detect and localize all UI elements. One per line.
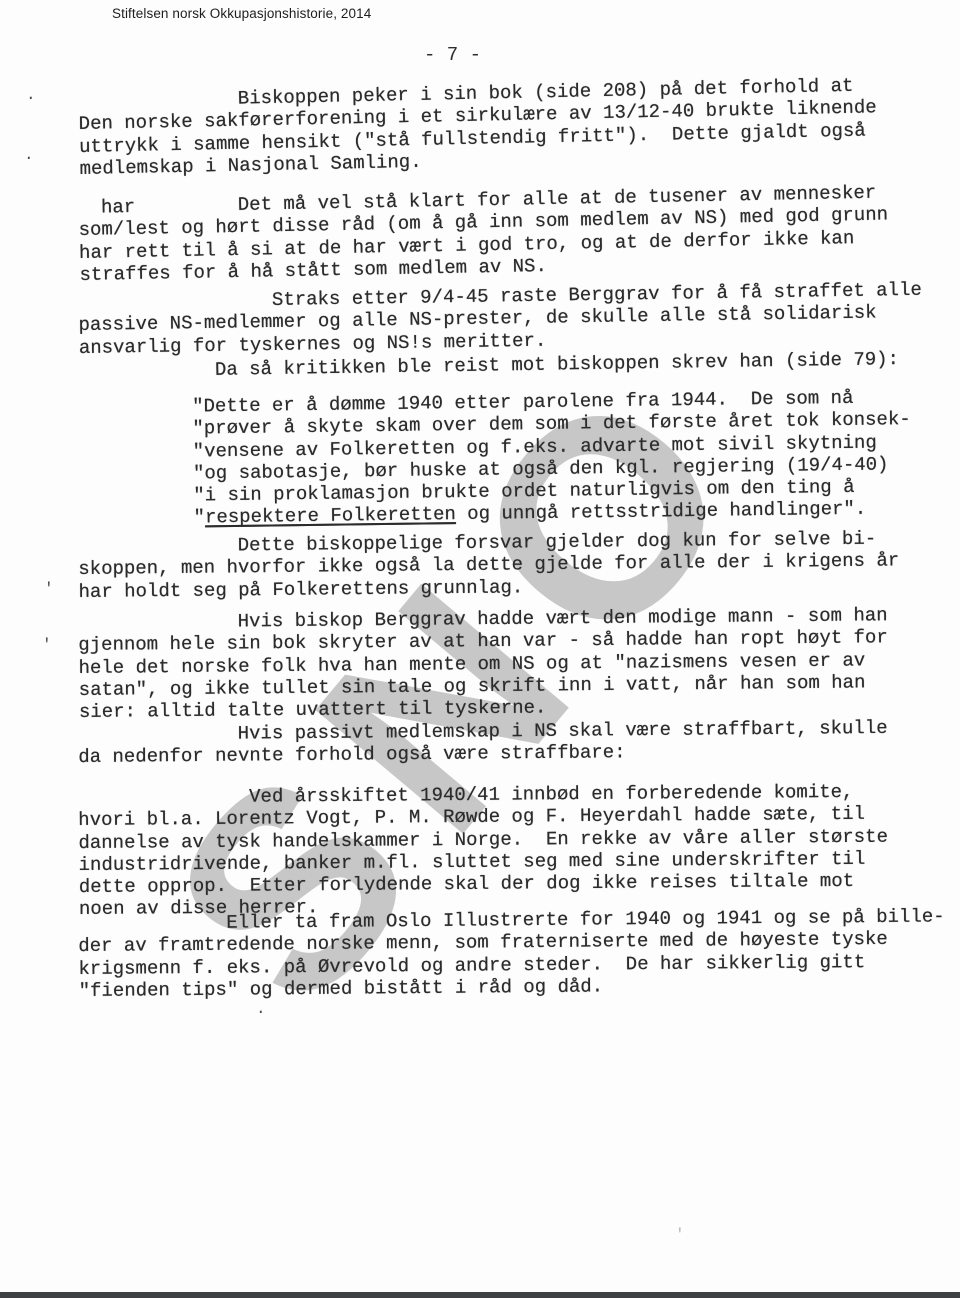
scan-artifact: ': [675, 1226, 685, 1244]
footer-bar: [0, 1292, 960, 1298]
typewritten-paragraph: Hvis passivt medlemskap i NS skal være s…: [78, 717, 888, 769]
typewritten-paragraph: Ved årsskiftet 1940/41 innbød en forbere…: [78, 781, 889, 921]
scan-artifact: .: [256, 1000, 266, 1018]
text-segment: og unngå rettsstridige handlinger".: [456, 498, 867, 525]
scan-artifact: .: [26, 86, 36, 104]
typewritten-paragraph: Eller ta fram Oslo Illustrerte for 1940 …: [78, 905, 945, 1002]
typewritten-paragraph: Hvis biskop Berggrav hadde vært den modi…: [78, 604, 889, 723]
typewritten-quote-block: "Dette er å dømme 1940 etter parolene fr…: [78, 386, 912, 531]
scanned-document-page: Stiftelsen norsk Okkupasjonshistorie, 20…: [0, 0, 960, 1298]
scan-artifact: .: [24, 146, 34, 164]
scan-artifact: ': [44, 580, 54, 598]
typewritten-paragraph: Dette biskoppelige forsvar gjelder dog k…: [78, 527, 900, 602]
typewritten-paragraph: har Det må vel stå klart for alle at de …: [78, 181, 889, 286]
typewritten-paragraph: Straks etter 9/4-45 raste Berggrav for å…: [78, 279, 923, 359]
typewritten-paragraph: Biskoppen peker i sin bok (side 208) på …: [78, 74, 878, 180]
text-segment: ": [79, 507, 205, 531]
underlined-text: respektere Folkeretten: [205, 504, 456, 529]
scan-artifact: ': [42, 636, 52, 654]
page-number: - 7 -: [424, 44, 481, 66]
archive-header-title: Stiftelsen norsk Okkupasjonshistorie, 20…: [112, 6, 371, 21]
